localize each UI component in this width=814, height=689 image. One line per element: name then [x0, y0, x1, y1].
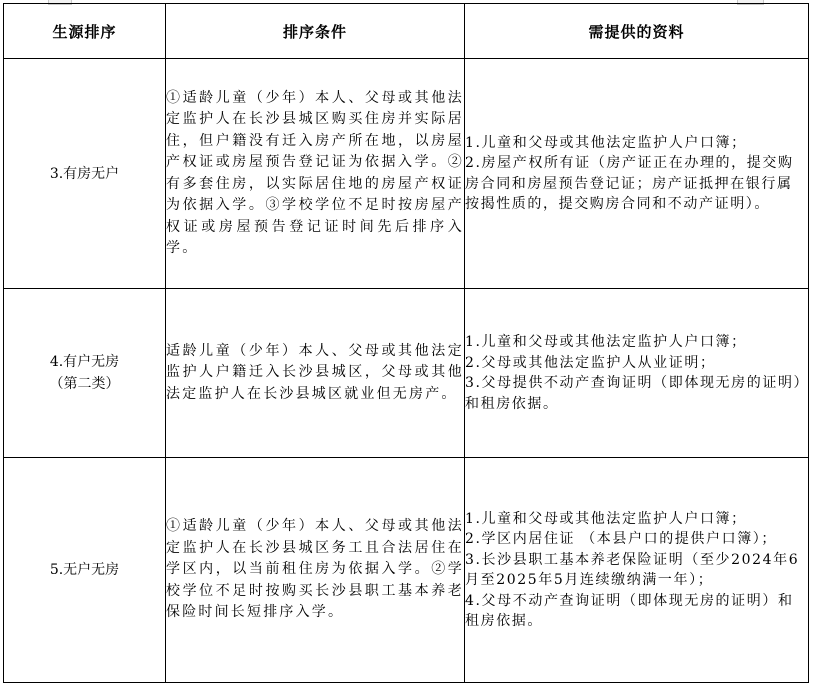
document-item: 1.儿童和父母或其他法定监护人户口簿；: [465, 332, 808, 353]
category-label: 3.有房无户: [4, 163, 165, 185]
document-item: 4.父母不动产查询证明（即体现无房的证明）和租房依据。: [465, 591, 808, 632]
category-cell: 4.有户无房 （第二类）: [4, 289, 166, 458]
document-item: 3.父母提供不动产查询证明（即体现无房的证明）和租房依据。: [465, 373, 808, 414]
condition-cell: ①适龄儿童（少年）本人、父母或其他法定监护人在长沙县城区务工且合法居住在学区内，…: [166, 458, 465, 683]
documents-cell: 1.儿童和父母或其他法定监护人户口簿； 2.父母或其他法定监护人从业证明； 3.…: [465, 289, 809, 458]
category-sublabel: （第二类）: [4, 373, 165, 395]
documents-cell: 1.儿童和父母或其他法定监护人户口簿； 2.学区内居住证 （本县户口的提供户口簿…: [465, 458, 809, 683]
condition-cell: ①适龄儿童（少年）本人、父母或其他法定监护人在长沙县城区购买住房并实际居住，但户…: [166, 59, 465, 289]
header-student-source-order: 生源排序: [4, 4, 166, 59]
document-item: 1.儿童和父母或其他法定监护人户口簿；: [465, 509, 808, 530]
category-label: 5.无户无房: [4, 559, 165, 581]
document-item: 1.儿童和父母或其他法定监护人户口簿；: [465, 133, 808, 154]
table-row: 3.有房无户 ①适龄儿童（少年）本人、父母或其他法定监护人在长沙县城区购买住房并…: [4, 59, 809, 289]
document-item: 2.房屋产权所有证（房产证正在办理的，提交购房合同和房屋预告登记证；房产证抵押在…: [465, 153, 808, 215]
table-row: 5.无户无房 ①适龄儿童（少年）本人、父母或其他法定监护人在长沙县城区务工且合法…: [4, 458, 809, 683]
header-required-documents: 需提供的资料: [465, 4, 809, 59]
enrollment-priority-table: 生源排序 排序条件 需提供的资料 3.有房无户 ①适龄儿童（少年）本人、父母或其…: [3, 3, 809, 683]
condition-cell: 适龄儿童（少年）本人、父母或其他法定监护人户籍迁入长沙县城区，父母或其他法定监护…: [166, 289, 465, 458]
table-row: 4.有户无房 （第二类） 适龄儿童（少年）本人、父母或其他法定监护人户籍迁入长沙…: [4, 289, 809, 458]
document-item: 2.父母或其他法定监护人从业证明；: [465, 353, 808, 374]
table-header-row: 生源排序 排序条件 需提供的资料: [4, 4, 809, 59]
documents-cell: 1.儿童和父母或其他法定监护人户口簿； 2.房屋产权所有证（房产证正在办理的，提…: [465, 59, 809, 289]
category-cell: 5.无户无房: [4, 458, 166, 683]
header-sorting-condition: 排序条件: [166, 4, 465, 59]
document-item: 2.学区内居住证 （本县户口的提供户口簿）；: [465, 529, 808, 550]
category-label: 4.有户无房: [4, 351, 165, 373]
category-cell: 3.有房无户: [4, 59, 166, 289]
document-item: 3.长沙县职工基本养老保险证明（至少2024年6月至2025年5月连续缴纳满一年…: [465, 550, 808, 591]
